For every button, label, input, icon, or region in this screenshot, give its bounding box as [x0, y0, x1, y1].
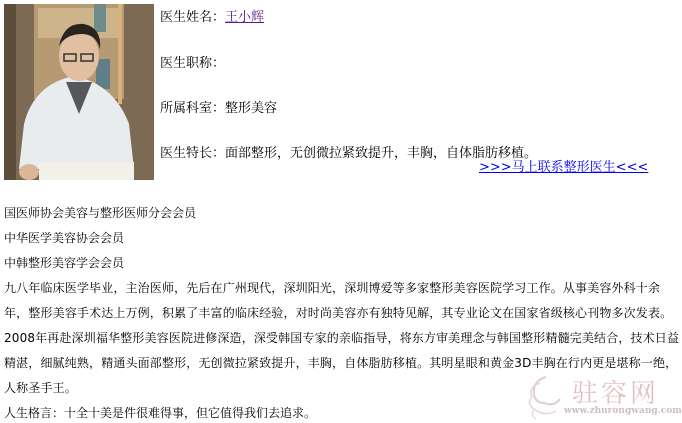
watermark-url: www.zhurongwang.com	[564, 406, 682, 416]
site-watermark: 驻容网 www.zhurongwang.com	[520, 373, 680, 421]
membership-item: 中韩整形美容学会会员	[4, 251, 680, 276]
woman-profile-logo-icon	[520, 373, 570, 421]
watermark-brand: 驻容网	[572, 373, 659, 410]
contact-doctor-link[interactable]: >>>马上联系整形医生<<<	[479, 160, 648, 176]
doctor-department-label: 所属科室：	[160, 101, 225, 116]
doctor-name-link[interactable]: 王小辉	[225, 10, 264, 25]
doctor-photo	[4, 4, 154, 184]
doctor-title-row: 医生职称：	[160, 56, 225, 72]
doctor-department-row: 所属科室：整形美容	[160, 101, 277, 117]
membership-item: 国医师协会美容与整形医师分会会员	[4, 201, 680, 226]
doctor-department-value: 整形美容	[225, 101, 277, 116]
doctor-specialty-value: 面部整形，无创微拉紧致提升，丰胸，自体脂肪移植。	[225, 146, 537, 161]
doctor-name-row: 医生姓名：王小辉	[160, 10, 264, 26]
doctor-name-label: 医生姓名：	[160, 10, 225, 25]
membership-item: 中华医学美容协会会员	[4, 226, 680, 251]
doctor-specialty-label: 医生特长：	[160, 146, 225, 161]
doctor-title-label: 医生职称：	[160, 56, 225, 71]
